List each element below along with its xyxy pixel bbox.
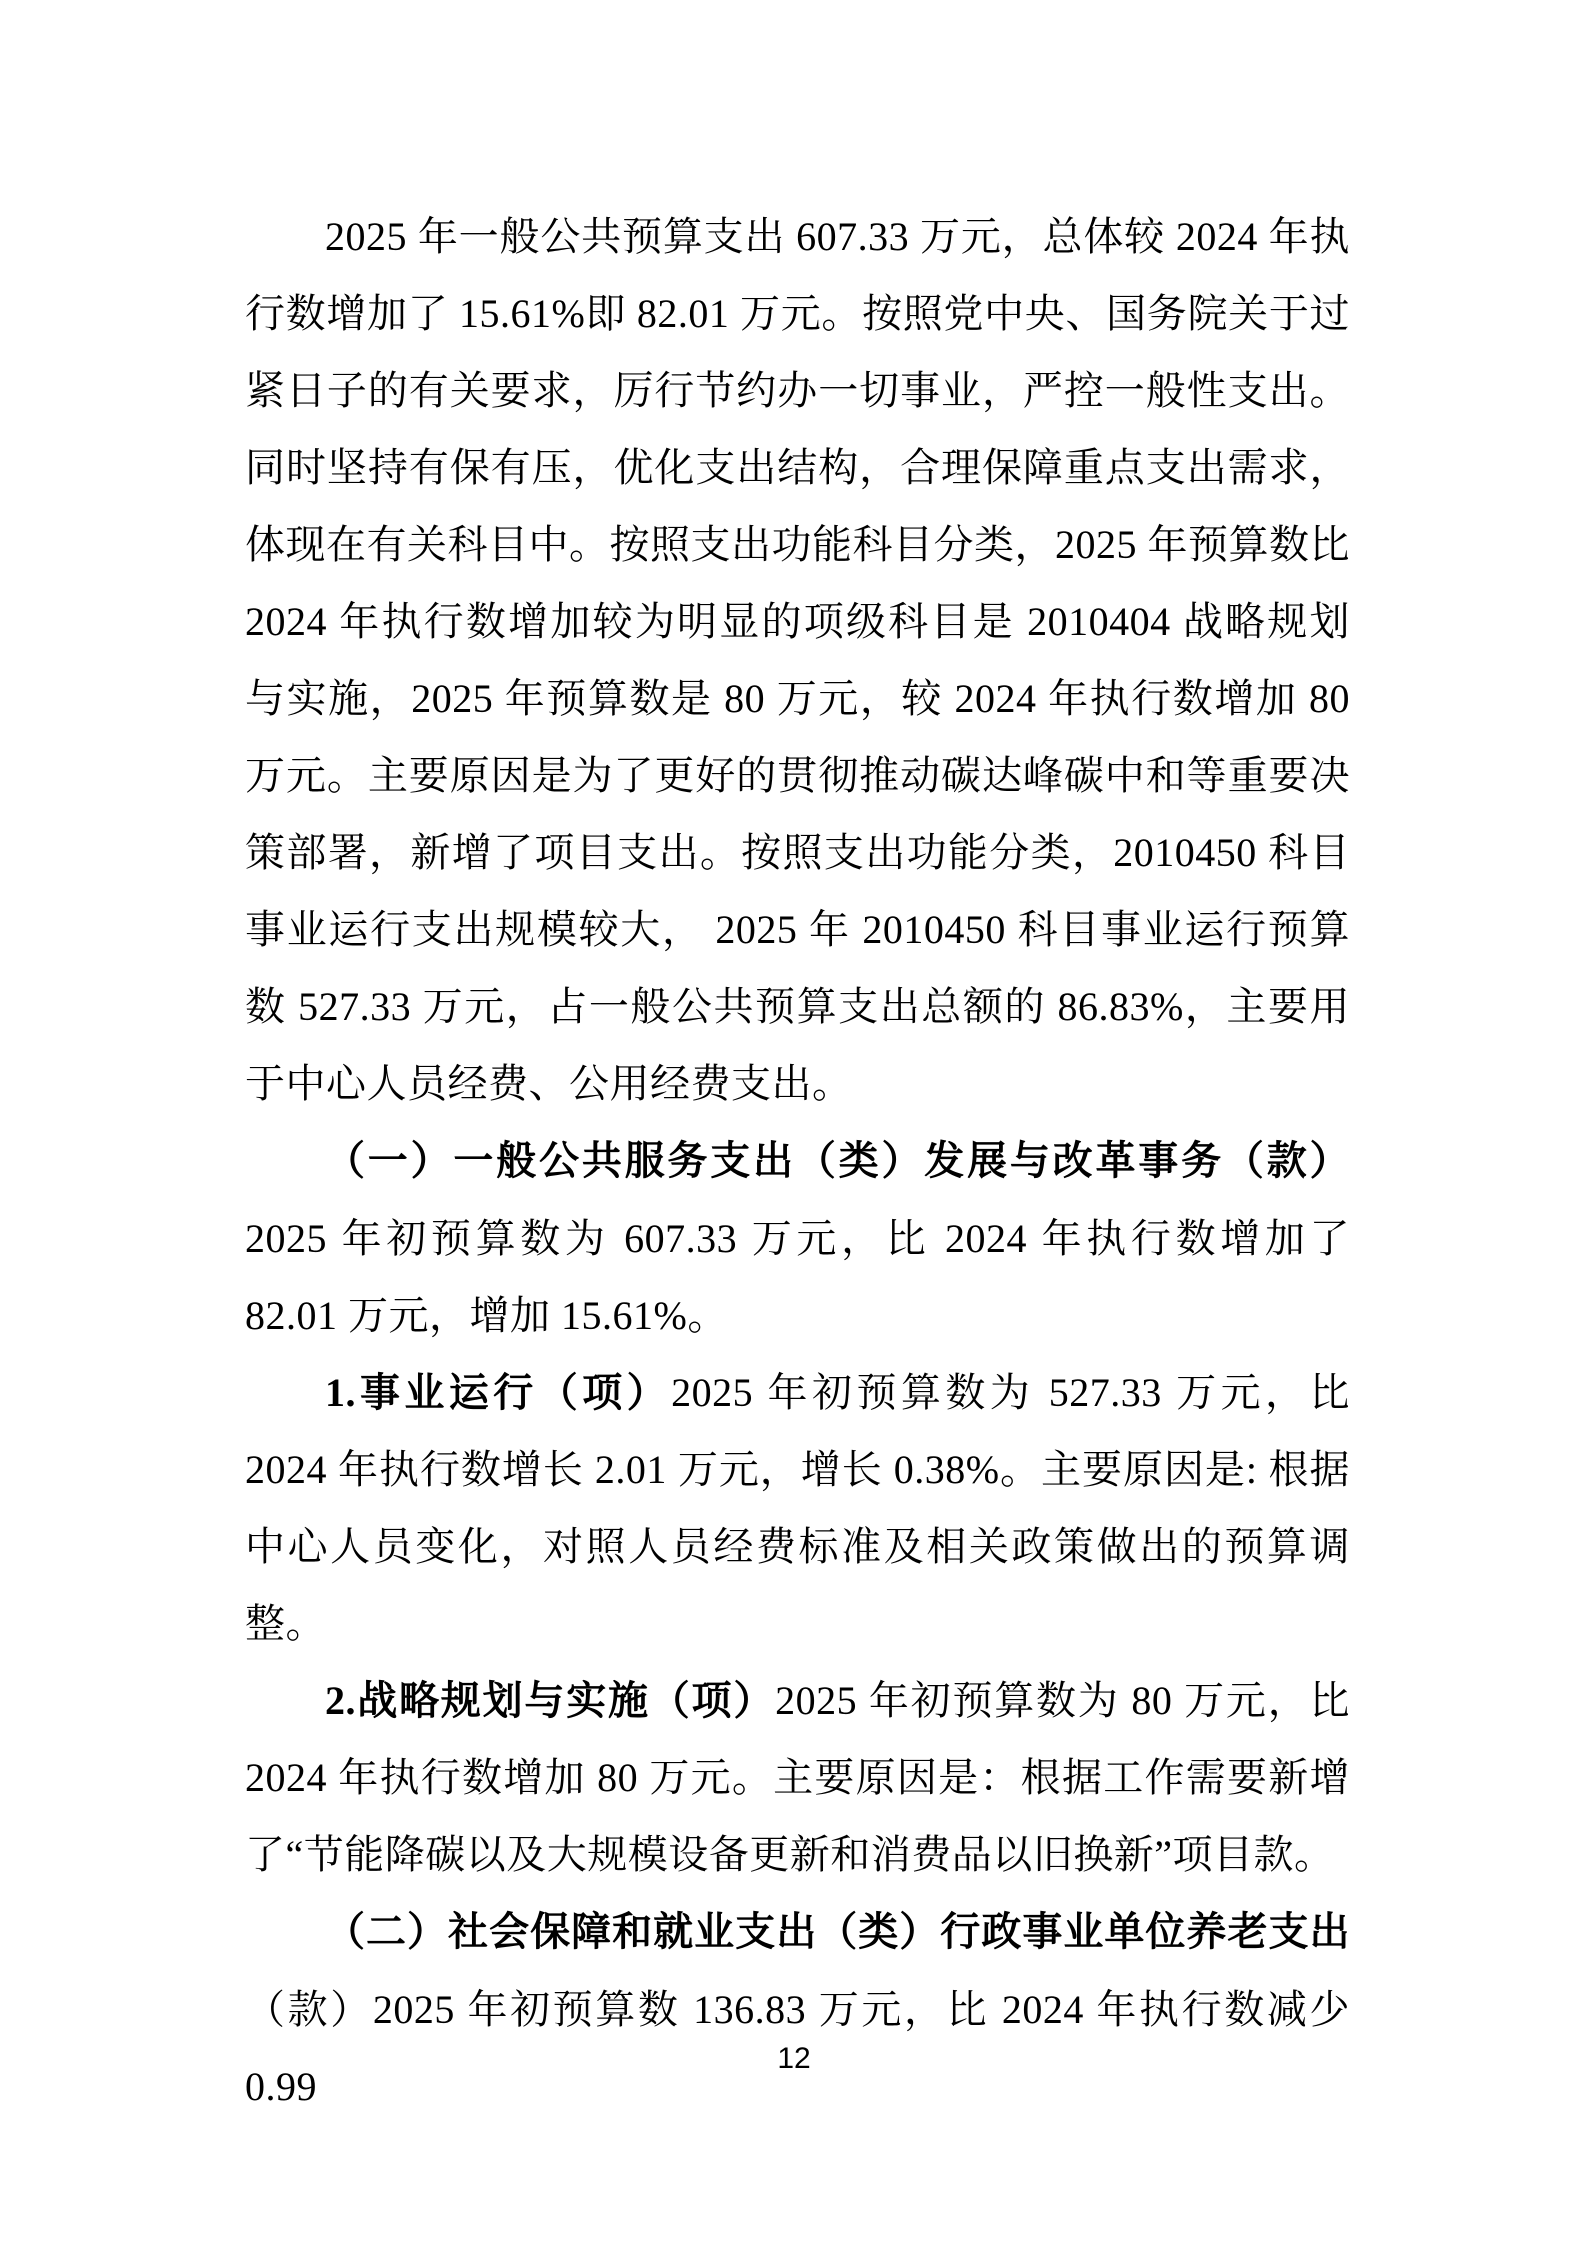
item-1-heading: 1.事业运行（项）	[325, 1370, 671, 1415]
section-1-heading: （一）一般公共服务支出（类）发展与改革事务（款）	[325, 1139, 1350, 1183]
section-1-text: 2025 年初预算数为 607.33 万元，比 2024 年执行数增加了 82.…	[245, 1216, 1350, 1338]
paragraph-item-1: 1.事业运行（项）2025 年初预算数为 527.33 万元，比 2024 年执…	[245, 1354, 1350, 1662]
paragraph-budget-overview: 2025 年一般公共预算支出 607.33 万元，总体较 2024 年执行数增加…	[245, 198, 1350, 1122]
page-number: 12	[0, 2042, 1588, 2076]
paragraph-section-2: （二）社会保障和就业支出（类）行政事业单位养老支出（款）2025 年初预算数 1…	[245, 1893, 1350, 2125]
item-2-heading: 2.战略规划与实施（项）	[325, 1678, 775, 1723]
paragraph-budget-overview-text: 2025 年一般公共预算支出 607.33 万元，总体较 2024 年执行数增加…	[245, 214, 1350, 1106]
document-body: 2025 年一般公共预算支出 607.33 万元，总体较 2024 年执行数增加…	[245, 198, 1350, 2125]
paragraph-section-1: （一）一般公共服务支出（类）发展与改革事务（款）2025 年初预算数为 607.…	[245, 1122, 1350, 1354]
section-2-heading: （二）社会保障和就业支出（类）行政事业单位养老支出	[325, 1910, 1350, 1954]
paragraph-item-2: 2.战略规划与实施（项）2025 年初预算数为 80 万元，比 2024 年执行…	[245, 1662, 1350, 1893]
document-page: 2025 年一般公共预算支出 607.33 万元，总体较 2024 年执行数增加…	[0, 0, 1588, 2245]
